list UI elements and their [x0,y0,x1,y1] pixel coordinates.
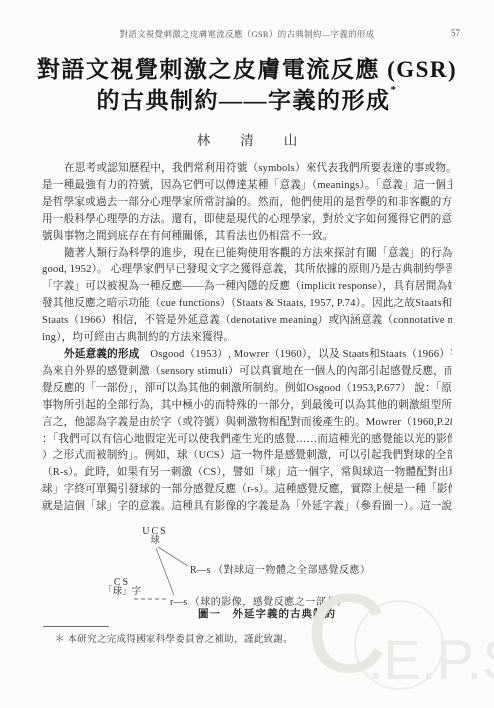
body-line: 外延意義的形成 Osgood（1953）, Mowrer（1960），以及 St… [42,347,452,364]
ceps-watermark: C .E.P.S. [306,592,494,708]
title-line-1: 對語文視覺刺激之皮膚電流反應 (GSR) [37,57,457,82]
body-line: 用一般科學心理學的方法。還有，即使是現代的心理學家，對於文字如何獲得它們的意義，… [42,212,452,229]
page-number: 57 [451,28,460,38]
body-line: ）之形式而被制約」。例如，球（UCS）這一物件是感覺刺激，可以引起我們對球的全部… [42,448,452,465]
figure-cs-node: CS 「球」字 [102,578,142,597]
author-name: 林清山 [0,129,494,149]
body-line: 「字義」可以被視為一種反應——為一種內隱的反應（implicit respons… [42,279,452,296]
footnote-marker: ＊ [55,635,65,645]
body-line: ：「我們可以有信心地假定光可以使我們產生光的感覺……而這種光的感覺能以光的影像（… [42,432,452,449]
body-line: Staats（1966）相信，不管是外延意義（denotative meanin… [42,313,452,330]
figure-big-r-description: （對球這一物體之全部感覺反應） [213,565,371,576]
figure-caption: 圖一 外延字義的古典制約 [198,606,336,621]
body-line: 球」字終可單獨引發球的一部分感覺反應（r-s）。這種感覺反應，實際上便是一種「影… [42,482,452,499]
body-line: ing），均可經由古典制約的方法來獲得。 [42,330,452,347]
body-line: 就是這個「球」字的意義。這種具有影像的字義是為「外延字義」（參看圖一）。這一說法… [42,499,452,516]
watermark-letter-c: C [306,578,387,690]
footnote-separator [43,626,109,627]
figure-unconditioned-response: R—s （對球這一物體之全部感覺反應） [190,561,371,576]
figure-small-r-label: r—s [170,597,187,608]
figure-ucs-stimulus: 球 [150,536,160,546]
body-line-rest: Osgood（1953）, Mowrer（1960），以及 Staats和Sta… [140,349,452,360]
figure-ucs-label: UCS [142,526,167,537]
body-line: 發其他反應之暗示功能（cue functions）（Staats & Staat… [42,296,452,313]
figure-cs-label: CS [114,577,130,588]
body-line: 號與事物之間到底存在有何種關係，其看法也仍相當不一致。 [42,229,452,246]
paragraph-3: 外延意義的形成 Osgood（1953）, Mowrer（1960），以及 St… [42,347,452,516]
figure-ucs-node: UCS 球 [138,527,172,546]
scanned-paper-page: 對語文視覺刺激之皮膚電流反應（GSR）的古典制約—字義的形成 57 對語文視覺刺… [0,0,494,708]
article-body: 在思考或認知歷程中，我們常利用符號（symbols）來代表我們所要表達的事或物。… [42,161,452,516]
title-footnote-marker: * [391,84,398,96]
paragraph-1: 在思考或認知歷程中，我們常利用符號（symbols）來代表我們所要表達的事或物。… [42,161,452,246]
paragraph-2: 隨著人類行為科學的進步，現在已能夠使用客觀的方法來探討有關「意義」的行為歷程（O… [42,246,452,347]
footnote: ＊ 本研究之完成得國家科學委員會之補助，謹此致謝。 [55,631,293,645]
figure-big-r-label: R—s [190,565,211,576]
figure-cs-word: 「球」字 [103,587,141,597]
body-line: 事物所引起的全部行為，其中極小的而特殊的一部分，到最後可以為其他的刺激組型所引起… [42,398,452,415]
body-line: 是一種最強有力的符號，因為它們可以傳達某種「意義」（meanings）。「意義」… [42,178,452,195]
article-title: 對語文視覺刺激之皮膚電流反應 (GSR) 的古典制約——字義的形成* [0,54,494,116]
body-line: good, 1952）。 心理學家們早已發現文字之獲得意義，其所依據的原則乃是古… [42,262,452,279]
body-line: （R-s）。此時，如果有另一刺激（CS），譬如「球」這一個字，常與球這一物體配對… [42,465,452,482]
body-line: 隨著人類行為科學的進步，現在已能夠使用客觀的方法來探討有關「意義」的行為歷程（O… [42,246,452,263]
watermark-letters-eps: .E.P.S. [368,632,494,688]
figure-conditioned-response: r—s （球的影像，感覺反應之一部分） [170,593,347,608]
body-line: 是哲學家或過去一部分心理學家所常討論的。然而，他們使用的是哲學的和非客觀的方法，… [42,195,452,212]
body-line: 覺反應的「一部份」，卻可以為其他的刺激所制約。例如Osgood（1953,P.6… [42,381,452,398]
section-lead-extensional-meaning: 外延意義的形成 [64,349,140,360]
title-line-2: 的古典制約——字義的形成 [97,88,391,113]
body-line: 在思考或認知歷程中，我們常利用符號（symbols）來代表我們所要表達的事或物。… [42,161,452,178]
figure-small-r-description: （球的影像，感覺反應之一部分） [190,597,348,608]
body-line: 為來自外界的感覺刺激（sensory stimuli）可以真實地在一個人的內部引… [42,364,452,381]
running-head: 對語文視覺刺激之皮膚電流反應（GSR）的古典制約—字義的形成 [60,28,434,40]
footnote-text: 本研究之完成得國家科學委員會之補助，謹此致謝。 [68,635,293,645]
watermark-circle [354,600,444,690]
body-line: 言之，他認為字義是由於字（或符號）與刺激物相配對而後產生的。Mowrer（196… [42,415,452,432]
figure-connector-lines [0,520,494,630]
